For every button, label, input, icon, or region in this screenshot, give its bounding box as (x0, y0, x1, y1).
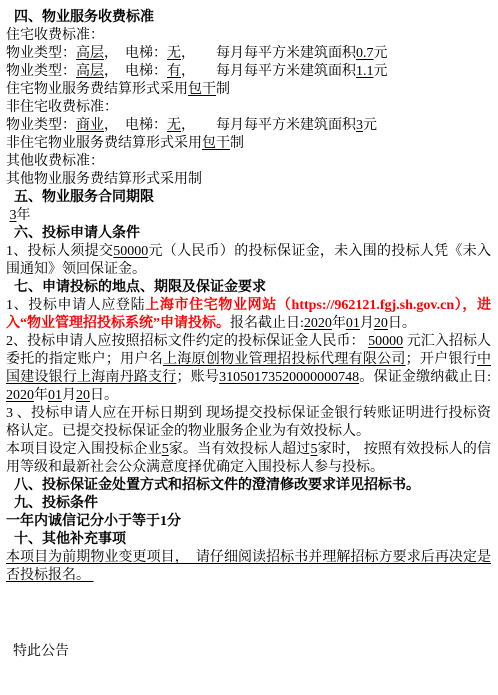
text-run: 3 (10, 208, 17, 223)
para-bid-deposit: 1、投标人须提交50000元（人民币）的投标保证金，未入围的投标人凭《未入围通知… (6, 243, 491, 279)
line-nonresidential-settlement: 非住宅物业服务费结算形式采用包干制 (6, 135, 491, 153)
line-nonresidential-fee-label: 非住宅收费标准： (6, 99, 491, 117)
text-run: 年 (34, 388, 48, 403)
text-run: 特此公告 (13, 644, 69, 659)
text-run: 本项目设定入围投标企业 (6, 442, 162, 457)
text-run: ， 每月每平方米建筑面积 (181, 118, 356, 133)
text-run: 非住宅物业服务费结算形式采用 (6, 136, 202, 151)
text-run: 日。 (90, 388, 118, 403)
text-run: 十、其他补充事项 (14, 532, 126, 547)
text-run: 2、投标申请人应按照招标文件约定的投标保证金人民币： (6, 334, 368, 349)
text-run: ， 电梯： (104, 64, 167, 79)
text-run: 20 (374, 316, 388, 331)
text-run: 物业类型： (6, 118, 76, 133)
text-run: 01 (48, 388, 62, 403)
text-run: 四、物业服务收费标准 (14, 10, 154, 25)
line-credit-score: 一年内诚信记分小于等于1分 (6, 513, 491, 531)
text-run: 日。 (388, 316, 416, 331)
document-body: 四、物业服务收费标准住宅收费标准：物业类型：高层， 电梯：无， 每月每平方米建筑… (0, 0, 498, 661)
text-run: 包干 (202, 136, 230, 151)
text-run: 。保证金缴纳截止日: (359, 370, 491, 385)
para-deposit-transfer: 2、投标申请人应按照招标文件约定的投标保证金人民币： 50000 元汇入招标人委… (6, 333, 491, 405)
line-other-fee-label: 其他收费标准： (6, 153, 491, 171)
text-run: 包干 (188, 82, 216, 97)
section-heading-7: 七、申请投标的地点、期限及保证金要求 (6, 279, 491, 297)
section-heading-4: 四、物业服务收费标准 (6, 9, 491, 27)
line-residential-fee-label: 住宅收费标准： (6, 27, 491, 45)
text-run: 1.1 (356, 64, 374, 79)
para-project-note: 本项目为前期物业变更项目， 请仔细阅读招标书并理解招标方要求后再决定是否投标报名… (6, 549, 491, 585)
text-run: 无 (167, 46, 181, 61)
text-run: 商业 (76, 118, 104, 133)
para-onsite-verification: 3 、投标申请人应在开标日期到 现场提交投标保证金银行转账证明进行投标资格认定。… (6, 405, 491, 441)
text-run: ；开户银行 (406, 352, 477, 367)
text-run: 2020 (304, 316, 332, 331)
text-run: 月 (360, 316, 374, 331)
section-heading-10: 十、其他补充事项 (6, 531, 491, 549)
text-run: 1、投标人须提交 (6, 244, 113, 259)
text-run: 5 (162, 442, 169, 457)
text-run: 3 、投标申请人应在开标日期到 现场提交投标保证金银行转账证明进行投标资格认定。… (6, 406, 491, 439)
para-apply-portal: 1、投标申请人应登陆上海市住宅物业网站（https://962121.fgj.s… (6, 297, 491, 333)
text-run: 年 (332, 316, 346, 331)
text-run: 住宅收费标准： (6, 28, 104, 43)
text-run: 无 (167, 118, 181, 133)
text-run: 九、投标条件 (14, 496, 98, 511)
line-fee-highrise-elevator: 物业类型：高层， 电梯：有， 每月每平方米建筑面积1.1元 (6, 63, 491, 81)
text-run: 七、申请投标的地点、期限及保证金要求 (14, 280, 266, 295)
text-run: 31050173520000000748 (219, 370, 359, 385)
line-residential-settlement: 住宅物业服务费结算形式采用包干制 (6, 81, 491, 99)
text-run: 元 (374, 64, 388, 79)
line-contract-term: 3年 (6, 207, 491, 225)
section-heading-9: 九、投标条件 (6, 495, 491, 513)
text-run: 其他物业服务费结算形式采用制 (6, 172, 202, 187)
section-heading-6: 六、投标申请人条件 (6, 225, 491, 243)
text-run: 其他收费标准： (6, 154, 104, 169)
text-run: 家。当有效投标人超过 (169, 442, 311, 457)
text-run: 元 (363, 118, 377, 133)
text-run: 1、投标申请人应登陆 (6, 298, 145, 313)
text-run: 3 (356, 118, 363, 133)
text-run: 01 (346, 316, 360, 331)
section-heading-8: 八、投标保证金处置方式和招标文件的澄清修改要求详见招标书。 (6, 477, 491, 495)
text-run: 50000 (368, 334, 403, 349)
line-other-settlement: 其他物业服务费结算形式采用制 (6, 171, 491, 189)
text-run: 物业类型： (6, 46, 76, 61)
text-run: 20 (76, 388, 90, 403)
text-run: 一年内诚信记分小于等于1分 (6, 514, 181, 529)
text-run: 非住宅收费标准： (6, 100, 118, 115)
text-run: 本项目为前期物业变更项目， 请仔细阅读招标书并理解招标方要求后再决定是否投标报名… (6, 550, 491, 583)
text-run: 元 (374, 46, 388, 61)
text-run: 年 (17, 208, 31, 223)
text-run: ， 每月每平方米建筑面积 (181, 46, 356, 61)
text-run: 上海原创物业管理招投标代理有限公司 (163, 352, 406, 367)
text-run: ， 电梯： (104, 118, 167, 133)
section-heading-5: 五、物业服务合同期限 (6, 189, 491, 207)
text-run: 50000 (113, 244, 148, 259)
text-run: 2020 (6, 388, 34, 403)
text-run: 制 (216, 82, 230, 97)
para-shortlist-rule: 本项目设定入围投标企业5家。当有效投标人超过5家时， 按照有效投标人的信用等级和… (6, 441, 491, 477)
text-run: ；账号 (176, 370, 219, 385)
text-run: 物业类型： (6, 64, 76, 79)
text-run: 五、物业服务合同期限 (14, 190, 154, 205)
text-run: 报名截止日: (230, 316, 304, 331)
text-run: 六、投标申请人条件 (14, 226, 140, 241)
closing-announcement: 特此公告 (6, 643, 491, 661)
text-run: 0.7 (356, 46, 374, 61)
text-run: 制 (230, 136, 244, 151)
text-run: 月 (62, 388, 76, 403)
text-run: 八、投标保证金处置方式和招标文件的澄清修改要求详见招标书。 (14, 478, 420, 493)
text-run: 住宅物业服务费结算形式采用 (6, 82, 188, 97)
text-run: ， 每月每平方米建筑面积 (181, 64, 356, 79)
text-run: ， 电梯： (104, 46, 167, 61)
text-run: 有 (167, 64, 181, 79)
text-run: 高层 (76, 64, 104, 79)
line-fee-commercial: 物业类型：商业， 电梯：无， 每月每平方米建筑面积3元 (6, 117, 491, 135)
line-fee-highrise-no-elevator: 物业类型：高层， 电梯：无， 每月每平方米建筑面积0.7元 (6, 45, 491, 63)
text-run: 高层 (76, 46, 104, 61)
